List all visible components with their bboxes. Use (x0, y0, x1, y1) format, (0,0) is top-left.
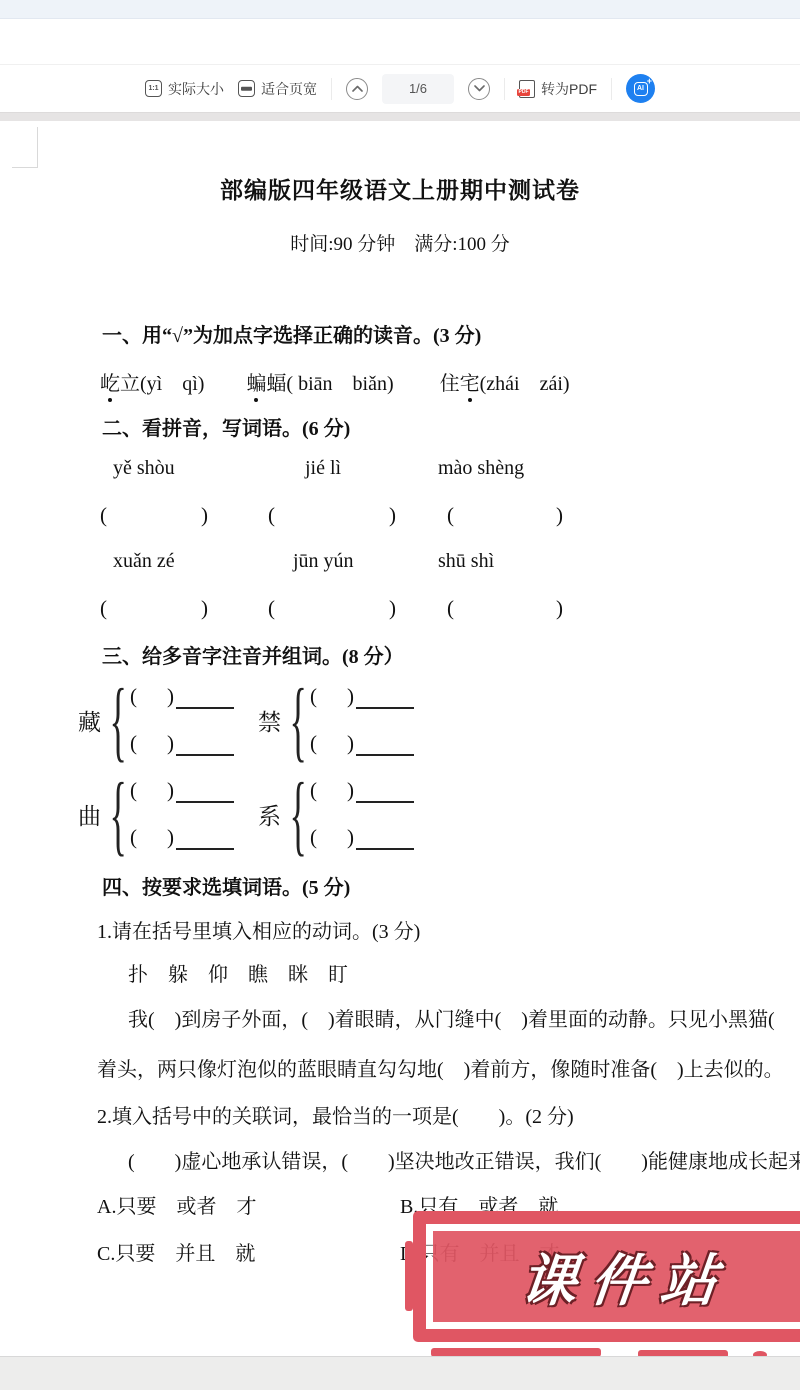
polyphone-group: 系 { () () (258, 771, 414, 857)
document-subtitle: 时间:90 分钟 满分:100 分 (0, 229, 800, 256)
pinyin-word: jūn yún (293, 550, 354, 573)
pinyin-word-blank: () (310, 684, 414, 709)
pdf-file-icon (519, 80, 535, 98)
answer-blank-line (176, 834, 234, 850)
pinyin-word-blank: () (130, 684, 234, 709)
viewer-toolbar: 1:1 实际大小 适合页宽 1/6 转为PDF AI + (0, 64, 800, 112)
dotted-character: 宅 (460, 367, 480, 396)
pinyin-word: jié lì (305, 457, 341, 480)
answer-parentheses: () (268, 596, 396, 621)
chevron-up-icon (352, 85, 363, 92)
pinyin-word-blank: () (310, 825, 414, 850)
option-a: A.只要 或者 才 (97, 1190, 256, 1219)
passage-line: 着头，两只像灯泡似的蓝眼睛直勾勾地( )着前方，像随时准备( )上去似的。 (97, 1053, 784, 1082)
answer-blank-line (176, 693, 234, 709)
pinyin-word-blank: () (130, 778, 234, 803)
stamp-grunge-dash (405, 1241, 413, 1311)
answer-blank-line (356, 693, 414, 709)
answer-blank-line (356, 834, 414, 850)
section4-q2: 2.填入括号中的关联词，最恰当的一项是( )。(2 分) (97, 1100, 574, 1129)
passage-line: 我( )到房子外面，( )着眼睛，从门缝中( )着里面的动静。只见小黑猫( (128, 1003, 775, 1032)
ai-assistant-button[interactable]: AI + (626, 74, 655, 103)
stamp-text: 课件站 (517, 1237, 735, 1317)
actual-size-button[interactable]: 1:1 实际大小 (145, 79, 224, 99)
section1-items: 屹立(yì qì) 蝙蝠( biān biǎn) 住宅(zhái zái) (100, 367, 570, 396)
section1-item: 住宅(zhái zái) (440, 373, 570, 395)
section1-item: 屹立(yì qì) (100, 373, 204, 395)
fit-width-label: 适合页宽 (261, 79, 317, 99)
document-page: 部编版四年级语文上册期中测试卷 时间:90 分钟 满分:100 分 一、用“√”… (0, 121, 800, 1356)
answer-blank-line (176, 740, 234, 756)
answer-parentheses: () (447, 503, 563, 528)
polyphone-group: 曲 { () () (78, 771, 234, 857)
answer-parentheses: () (268, 503, 396, 528)
page-margin-corner-mark (37, 127, 38, 168)
dotted-character: 蝙 (246, 367, 266, 396)
pinyin-word: yě shòu (113, 457, 175, 480)
answer-blank-line (176, 787, 234, 803)
answer-parentheses: () (447, 596, 563, 621)
answer-parentheses: () (100, 596, 208, 621)
polyphone-group: 藏 { () () (78, 677, 234, 763)
toolbar-separator (331, 78, 332, 100)
document-title: 部编版四年级语文上册期中测试卷 (0, 172, 800, 205)
pinyin-word: shū shì (438, 550, 494, 573)
toolbar-upper-gap (0, 20, 800, 64)
convert-to-pdf-button[interactable]: 转为PDF (519, 79, 597, 99)
brace: { (110, 769, 121, 859)
q2-sentence: ( )虚心地承认错误，( )坚决地改正错误，我们( )能健康地成长起来。 (128, 1145, 800, 1174)
pinyin-word: mào shèng (438, 457, 524, 480)
section4-q1: 1.请在括号里填入相应的动词。(3 分) (97, 915, 420, 944)
browser-chrome-strip (0, 0, 800, 19)
previous-page-button[interactable] (346, 78, 368, 100)
section1-item: 蝙蝠( biān biǎn) (246, 373, 393, 395)
toolbar-bottom-strip (0, 112, 800, 121)
polyphone-character: 系 (258, 798, 281, 831)
answer-parentheses: () (100, 503, 208, 528)
pinyin-word: xuǎn zé (113, 550, 175, 573)
page-margin-corner-mark (12, 167, 38, 168)
option-c: C.只要 并且 就 (97, 1237, 255, 1266)
stamp-fill: 课件站 (433, 1231, 800, 1322)
section3-heading: 三、给多音字注音并组词。(8 分） (102, 640, 404, 669)
pinyin-word-blank: () (130, 731, 234, 756)
stamp-grunge-dash (431, 1348, 601, 1356)
toolbar-separator (611, 78, 612, 100)
chevron-down-icon (474, 85, 485, 92)
ai-icon: AI (634, 82, 648, 96)
convert-to-pdf-label: 转为PDF (541, 79, 597, 99)
polyphone-character: 曲 (78, 798, 101, 831)
pinyin-word-blank: () (310, 731, 414, 756)
watermark-stamp: 课件站 (413, 1211, 800, 1342)
answer-blank-line (356, 787, 414, 803)
brace: { (110, 675, 121, 765)
section1-heading: 一、用“√”为加点字选择正确的读音。(3 分) (102, 319, 481, 348)
viewer-background-band (0, 1356, 800, 1390)
fit-width-button[interactable]: 适合页宽 (238, 79, 317, 99)
ai-plus-icon: + (647, 77, 652, 86)
section2-heading: 二、看拼音，写词语。(6 分) (102, 412, 350, 441)
pinyin-word-blank: () (310, 778, 414, 803)
answer-blank-line (356, 740, 414, 756)
actual-size-label: 实际大小 (168, 79, 224, 99)
section4-heading: 四、按要求选填词语。(5 分) (102, 871, 350, 900)
polyphone-character: 禁 (258, 704, 281, 737)
polyphone-group: 禁 { () () (258, 677, 414, 763)
brace: { (290, 675, 301, 765)
brace: { (290, 769, 301, 859)
actual-size-icon: 1:1 (145, 80, 162, 97)
page-number-input[interactable]: 1/6 (382, 74, 454, 104)
fit-width-icon (238, 80, 255, 97)
page-indicator: 1/6 (409, 81, 427, 96)
next-page-button[interactable] (468, 78, 490, 100)
toolbar-separator (504, 78, 505, 100)
pinyin-word-blank: () (130, 825, 234, 850)
verb-word-bank: 扑 躲 仰 瞧 眯 盯 (128, 958, 348, 987)
dotted-character: 屹 (100, 367, 120, 396)
polyphone-character: 藏 (78, 704, 101, 737)
